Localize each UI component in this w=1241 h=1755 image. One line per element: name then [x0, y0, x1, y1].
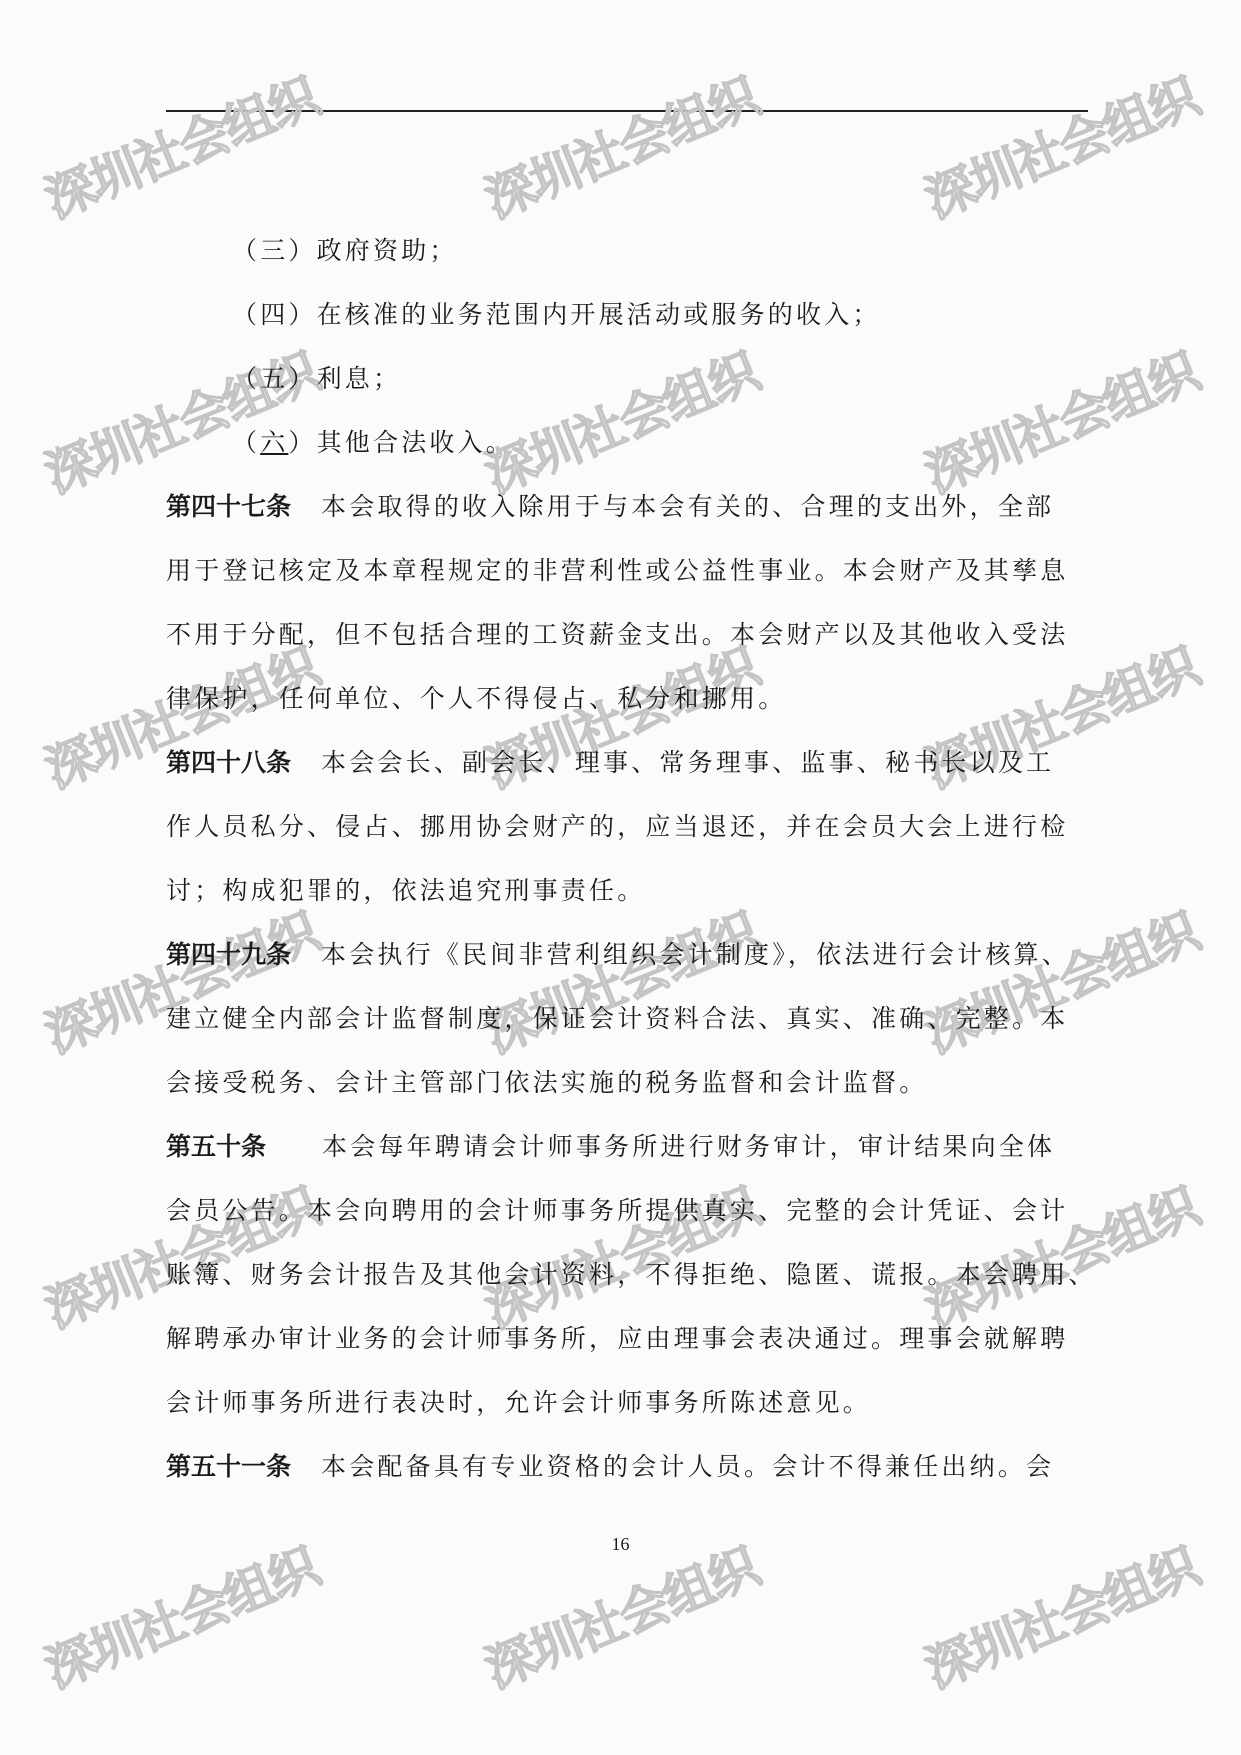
article-50-line-4: 解聘承办审计业务的会计师事务所，应由理事会表决通过。理事会就解聘	[166, 1324, 1068, 1354]
watermark: 深圳社会组织	[913, 1167, 1207, 1342]
income-item-5: （五）利息；	[232, 364, 401, 394]
article-49-line-3: 会接受税务、会计主管部门依法实施的税务监督和会计监督。	[166, 1068, 927, 1098]
article-48-line-1: 第四十八条本会会长、副会长、理事、常务理事、监事、秘书长以及工	[166, 748, 1054, 778]
article-number: 第四十八条	[166, 748, 291, 777]
article-49-line-1: 第四十九条本会执行《民间非营利组织会计制度》，依法进行会计核算、	[166, 940, 1070, 970]
article-51-line-1: 第五十一条本会配备具有专业资格的会计人员。会计不得兼任出纳。会	[166, 1452, 1054, 1482]
article-50-line-2: 会员公告。本会向聘用的会计师事务所提供真实、完整的会计凭证、会计	[166, 1196, 1068, 1226]
watermark: 深圳社会组织	[33, 892, 327, 1067]
watermark: 深圳社会组织	[33, 57, 327, 232]
income-item-6: （六）其他合法收入。	[232, 428, 514, 458]
article-47-line-4: 律保护，任何单位、个人不得侵占、私分和挪用。	[166, 684, 786, 714]
watermark: 深圳社会组织	[473, 892, 767, 1067]
watermark: 深圳社会组织	[473, 1167, 767, 1342]
article-47-line-2: 用于登记核定及本章程规定的非营利性或公益性事业。本会财产及其孳息	[166, 556, 1068, 586]
article-48-line-3: 讨；构成犯罪的，依法追究刑事责任。	[166, 876, 645, 906]
article-47-line-1: 第四十七条本会取得的收入除用于与本会有关的、合理的支出外，全部	[166, 492, 1054, 522]
income-item-3: （三）政府资助；	[232, 236, 458, 266]
page-number: 16	[0, 1534, 1241, 1555]
article-50-line-3: 账簿、财务会计报告及其他会计资料，不得拒绝、隐匿、谎报。本会聘用、	[166, 1260, 1097, 1290]
header-rule	[166, 110, 1088, 112]
watermark: 深圳社会组织	[913, 332, 1207, 507]
article-48-line-2: 作人员私分、侵占、挪用协会财产的，应当退还，并在会员大会上进行检	[166, 812, 1068, 842]
underlined-numeral: 六	[260, 428, 288, 457]
watermark: 深圳社会组织	[33, 1167, 327, 1342]
watermark: 深圳社会组织	[913, 892, 1207, 1067]
income-item-4: （四）在核准的业务范围内开展活动或服务的收入；	[232, 300, 881, 330]
article-50-line-5: 会计师事务所进行表决时，允许会计师事务所陈述意见。	[166, 1388, 871, 1418]
article-number: 第四十七条	[166, 492, 291, 521]
article-49-line-2: 建立健全内部会计监督制度，保证会计资料合法、真实、准确、完整。本	[166, 1004, 1068, 1034]
article-47-line-3: 不用于分配，但不包括合理的工资薪金支出。本会财产以及其他收入受法	[166, 620, 1068, 650]
article-number: 第五十一条	[166, 1452, 291, 1481]
article-number: 第五十条	[166, 1132, 266, 1161]
watermark: 深圳社会组织	[913, 57, 1207, 232]
document-page: 深圳社会组织深圳社会组织深圳社会组织深圳社会组织深圳社会组织深圳社会组织深圳社会…	[0, 0, 1241, 1755]
watermark: 深圳社会组织	[33, 332, 327, 507]
article-50-line-1: 第五十条本会每年聘请会计师事务所进行财务审计，审计结果向全体	[166, 1132, 1055, 1162]
watermark: 深圳社会组织	[473, 57, 767, 232]
watermark: 深圳社会组织	[473, 332, 767, 507]
article-number: 第四十九条	[166, 940, 291, 969]
